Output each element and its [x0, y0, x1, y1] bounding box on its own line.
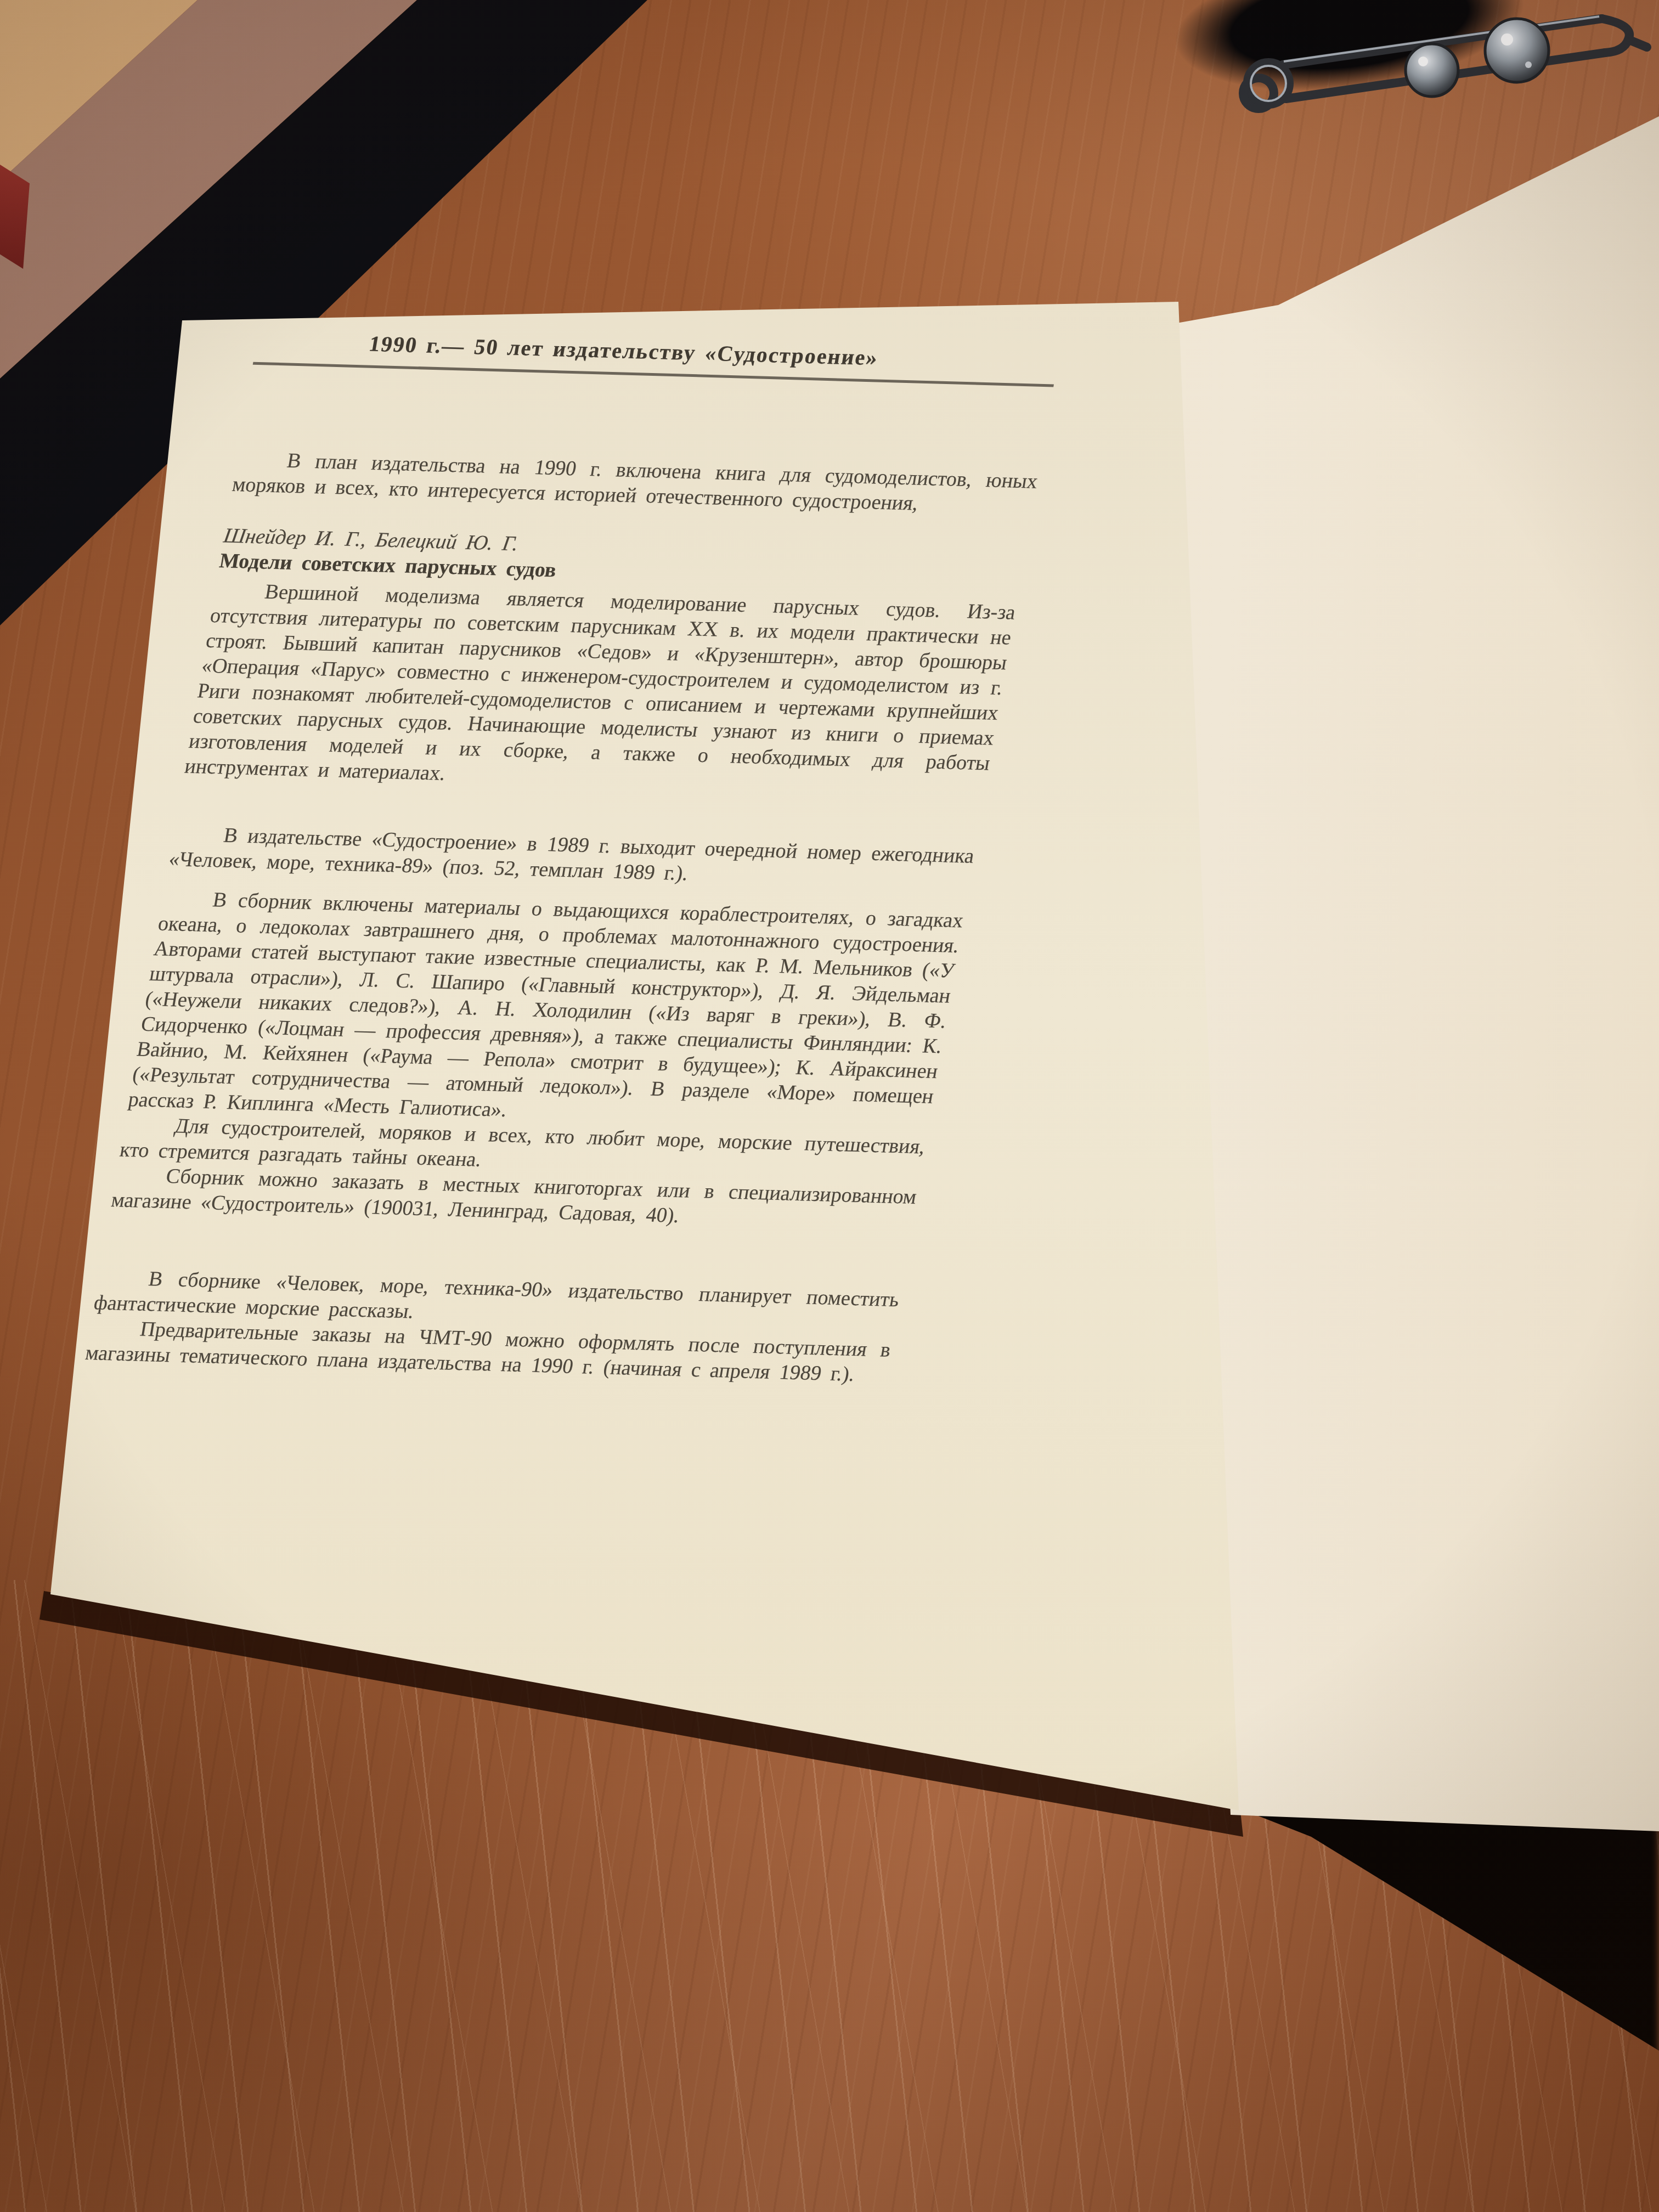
paragraph-annotation: Вершиной моделизма является моделировани…	[183, 578, 1017, 801]
photo-scene: 1990 г.— 50 лет издательству «Судостроен…	[0, 0, 1659, 2212]
paragraph-almanac-contents: В сборник включены материалы о выдающихс…	[126, 886, 965, 1135]
paragraph-intro: В план издательства на 1990 г. включена …	[230, 447, 1040, 519]
paragraph-almanac-intro: В издательстве «Судостроение» в 1989 г. …	[167, 821, 976, 894]
safety-pin-icon	[1218, 0, 1659, 143]
